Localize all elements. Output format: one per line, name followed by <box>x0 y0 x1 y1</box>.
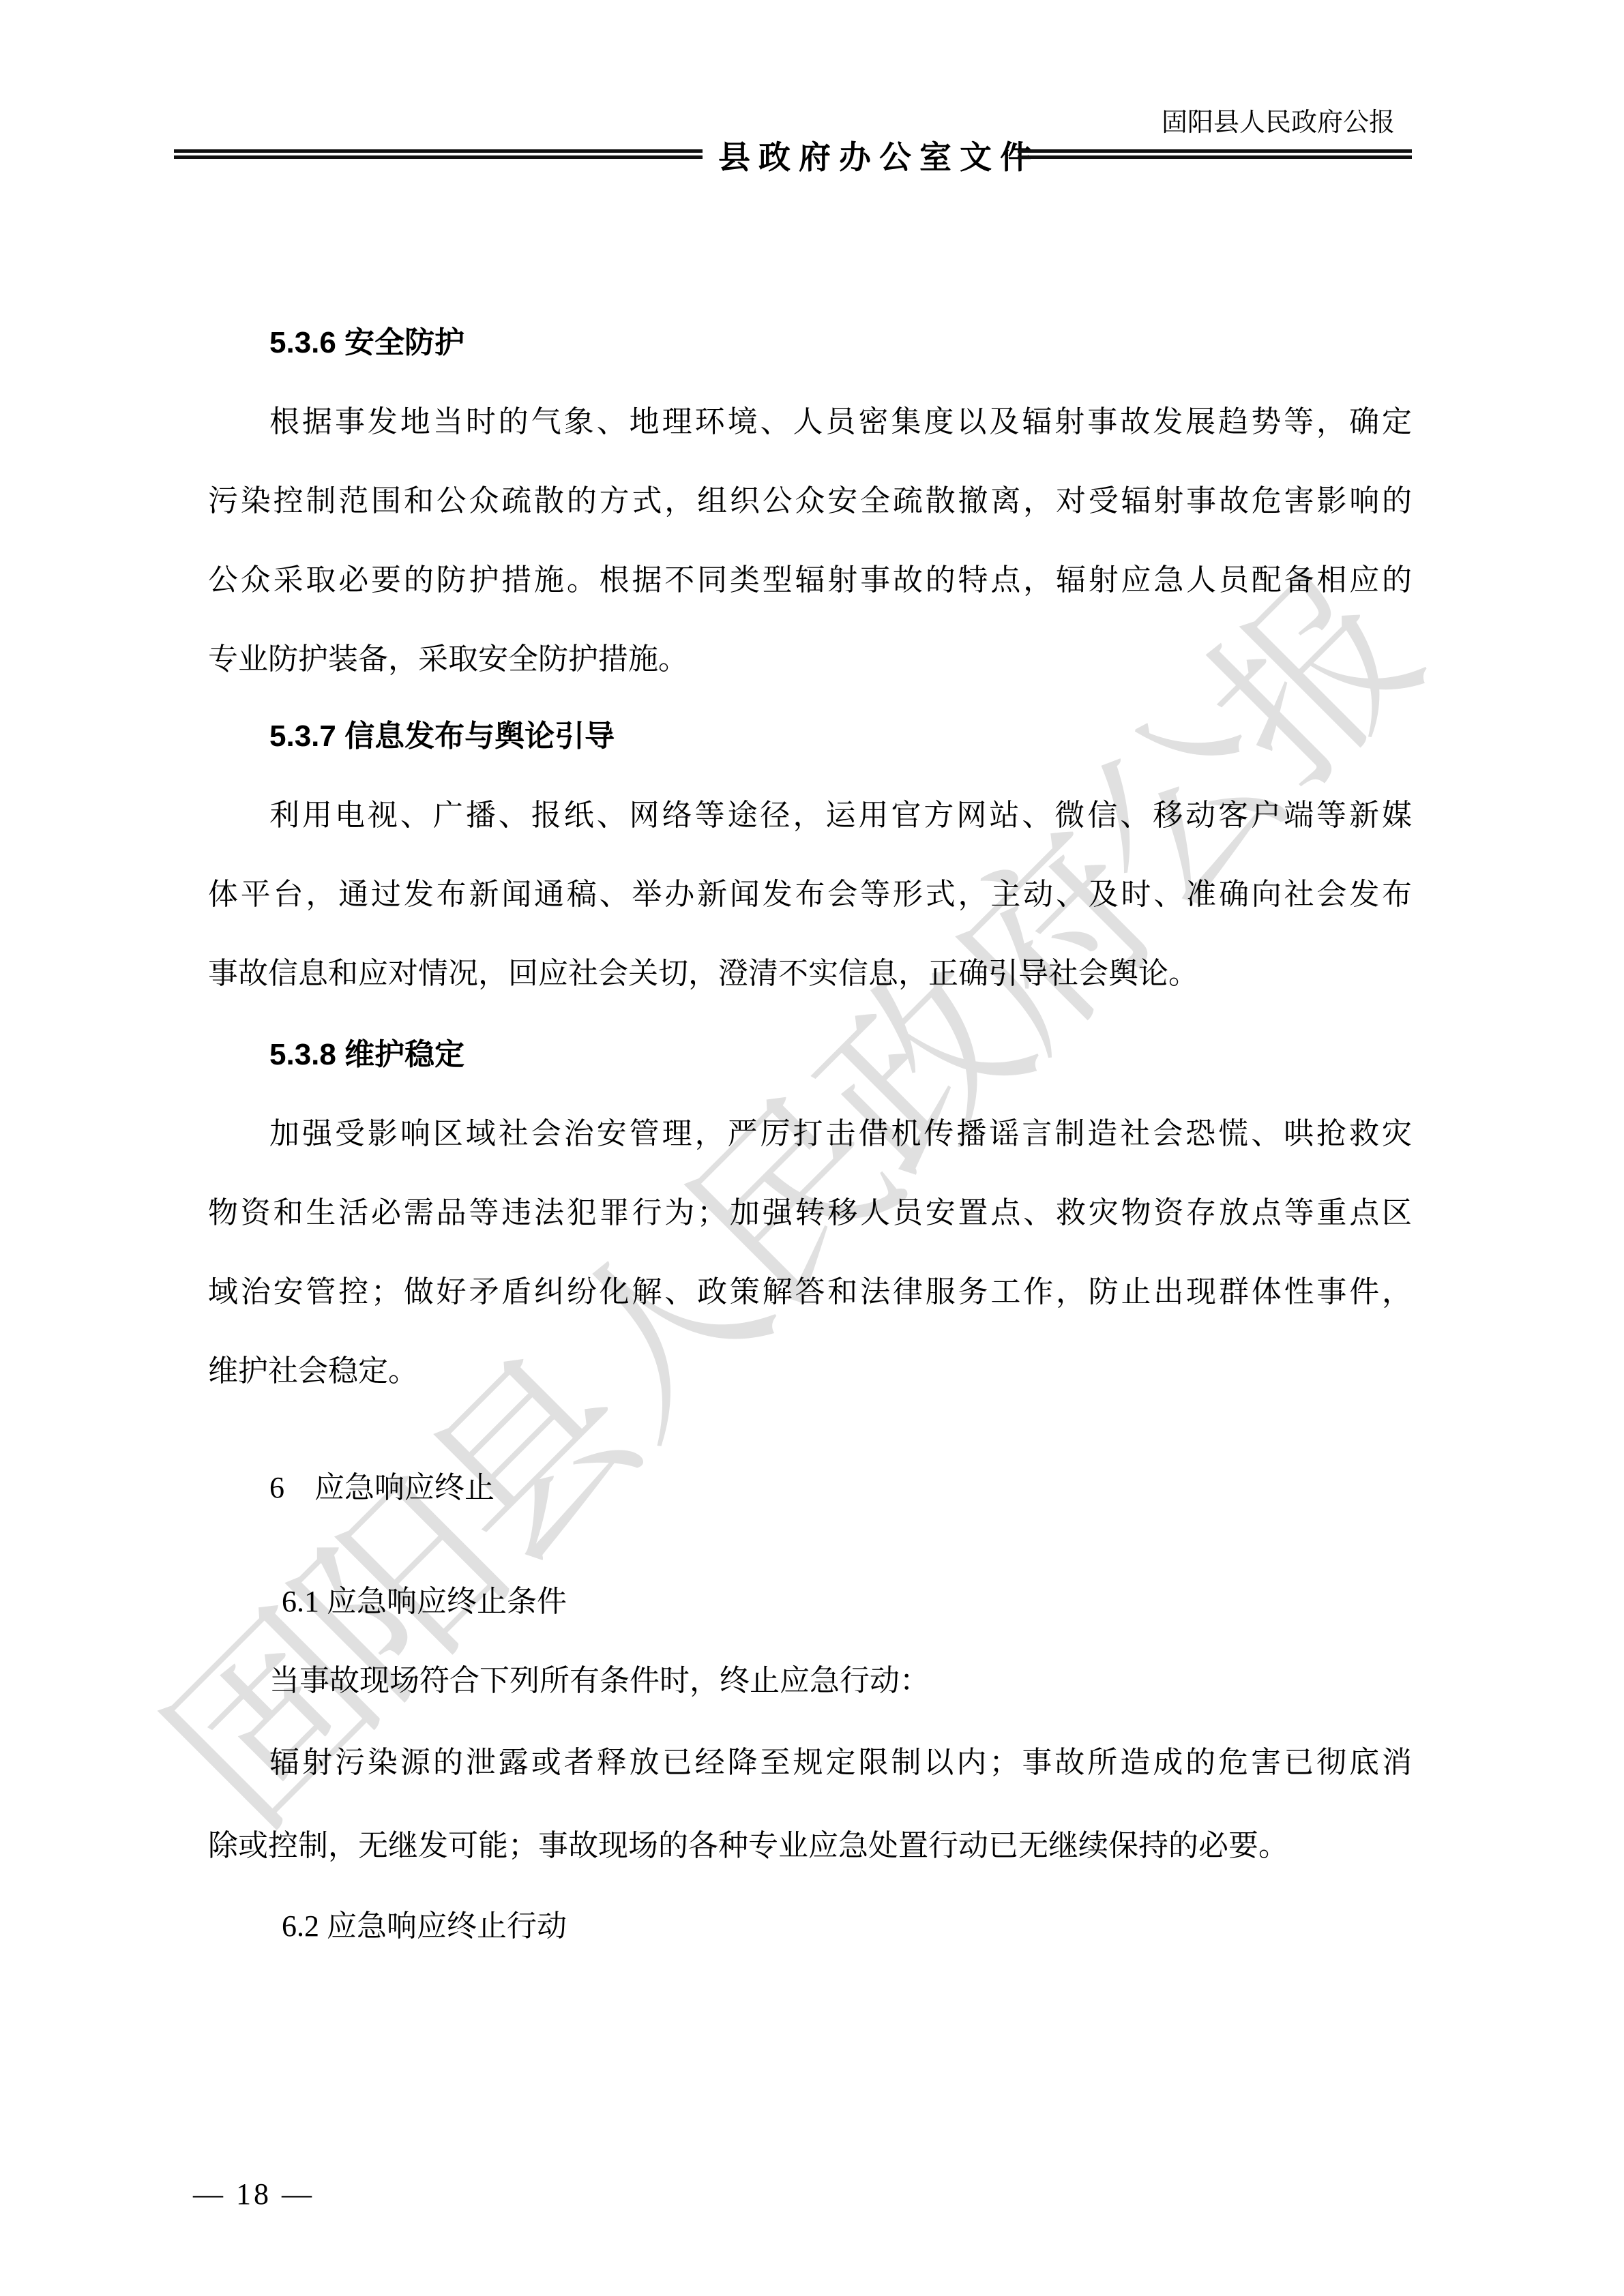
section-heading-5-3-8: 5.3.8 维护稳定 <box>208 1034 1412 1078</box>
body-line: 加强受影响区域社会治安管理，严厉打击借机传播谣言制造社会恐慌、哄抢救灾 <box>208 1114 1412 1157</box>
body-line: 公众采取必要的防护措施。根据不同类型辐射事故的特点，辐射应急人员配备相应的 <box>208 560 1412 603</box>
body-line: 利用电视、广播、报纸、网络等途径，运用官方网站、微信、移动客户端等新媒 <box>208 795 1412 839</box>
banner-rule-left <box>174 149 703 159</box>
body-line: 根据事发地当时的气象、地理环境、人员密集度以及辐射事故发展趋势等，确定 <box>208 402 1412 445</box>
body-line: 除或控制，无继发可能；事故现场的各种专业应急处置行动已无继续保持的必要。 <box>208 1825 1412 1869</box>
body-line: 物资和生活必需品等违法犯罪行为；加强转移人员安置点、救灾物资存放点等重点区 <box>208 1193 1412 1236</box>
banner-rule-right <box>1018 149 1412 159</box>
body-line: 当事故现场符合下列所有条件时，终止应急行动： <box>208 1660 1412 1704</box>
body-line: 专业防护装备，采取安全防护措施。 <box>208 639 1412 683</box>
section-heading-5-3-6: 5.3.6 安全防护 <box>208 323 1412 366</box>
document-page: { "header": { "publication_title": "固阳县人… <box>0 0 1624 2296</box>
banner-title: 县政府办公室文件 <box>718 132 1012 178</box>
section-heading-6: 6 应急响应终止 <box>208 1467 1412 1511</box>
body-line: 污染控制范围和公众疏散的方式，组织公众安全疏散撤离，对受辐射事故危害影响的 <box>208 481 1412 524</box>
body-line: 维护社会稳定。 <box>208 1351 1412 1395</box>
page-number: — 18 — <box>193 2177 314 2211</box>
body-line: 事故信息和应对情况，回应社会关切，澄清不实信息，正确引导社会舆论。 <box>208 953 1412 997</box>
section-heading-6-2: 6.2 应急响应终止行动 <box>208 1906 1412 1950</box>
publication-title: 固阳县人民政府公报 <box>1162 101 1395 138</box>
body-line: 体平台，通过发布新闻通稿、举办新闻发布会等形式，主动、及时、准确向社会发布 <box>208 874 1412 918</box>
section-heading-5-3-7: 5.3.7 信息发布与舆论引导 <box>208 716 1412 760</box>
section-heading-6-1: 6.1 应急响应终止条件 <box>208 1581 1412 1625</box>
body-line: 域治安管控；做好矛盾纠纷化解、政策解答和法律服务工作，防止出现群体性事件， <box>208 1272 1412 1315</box>
body-line: 辐射污染源的泄露或者释放已经降至规定限制以内；事故所造成的危害已彻底消 <box>208 1742 1412 1786</box>
